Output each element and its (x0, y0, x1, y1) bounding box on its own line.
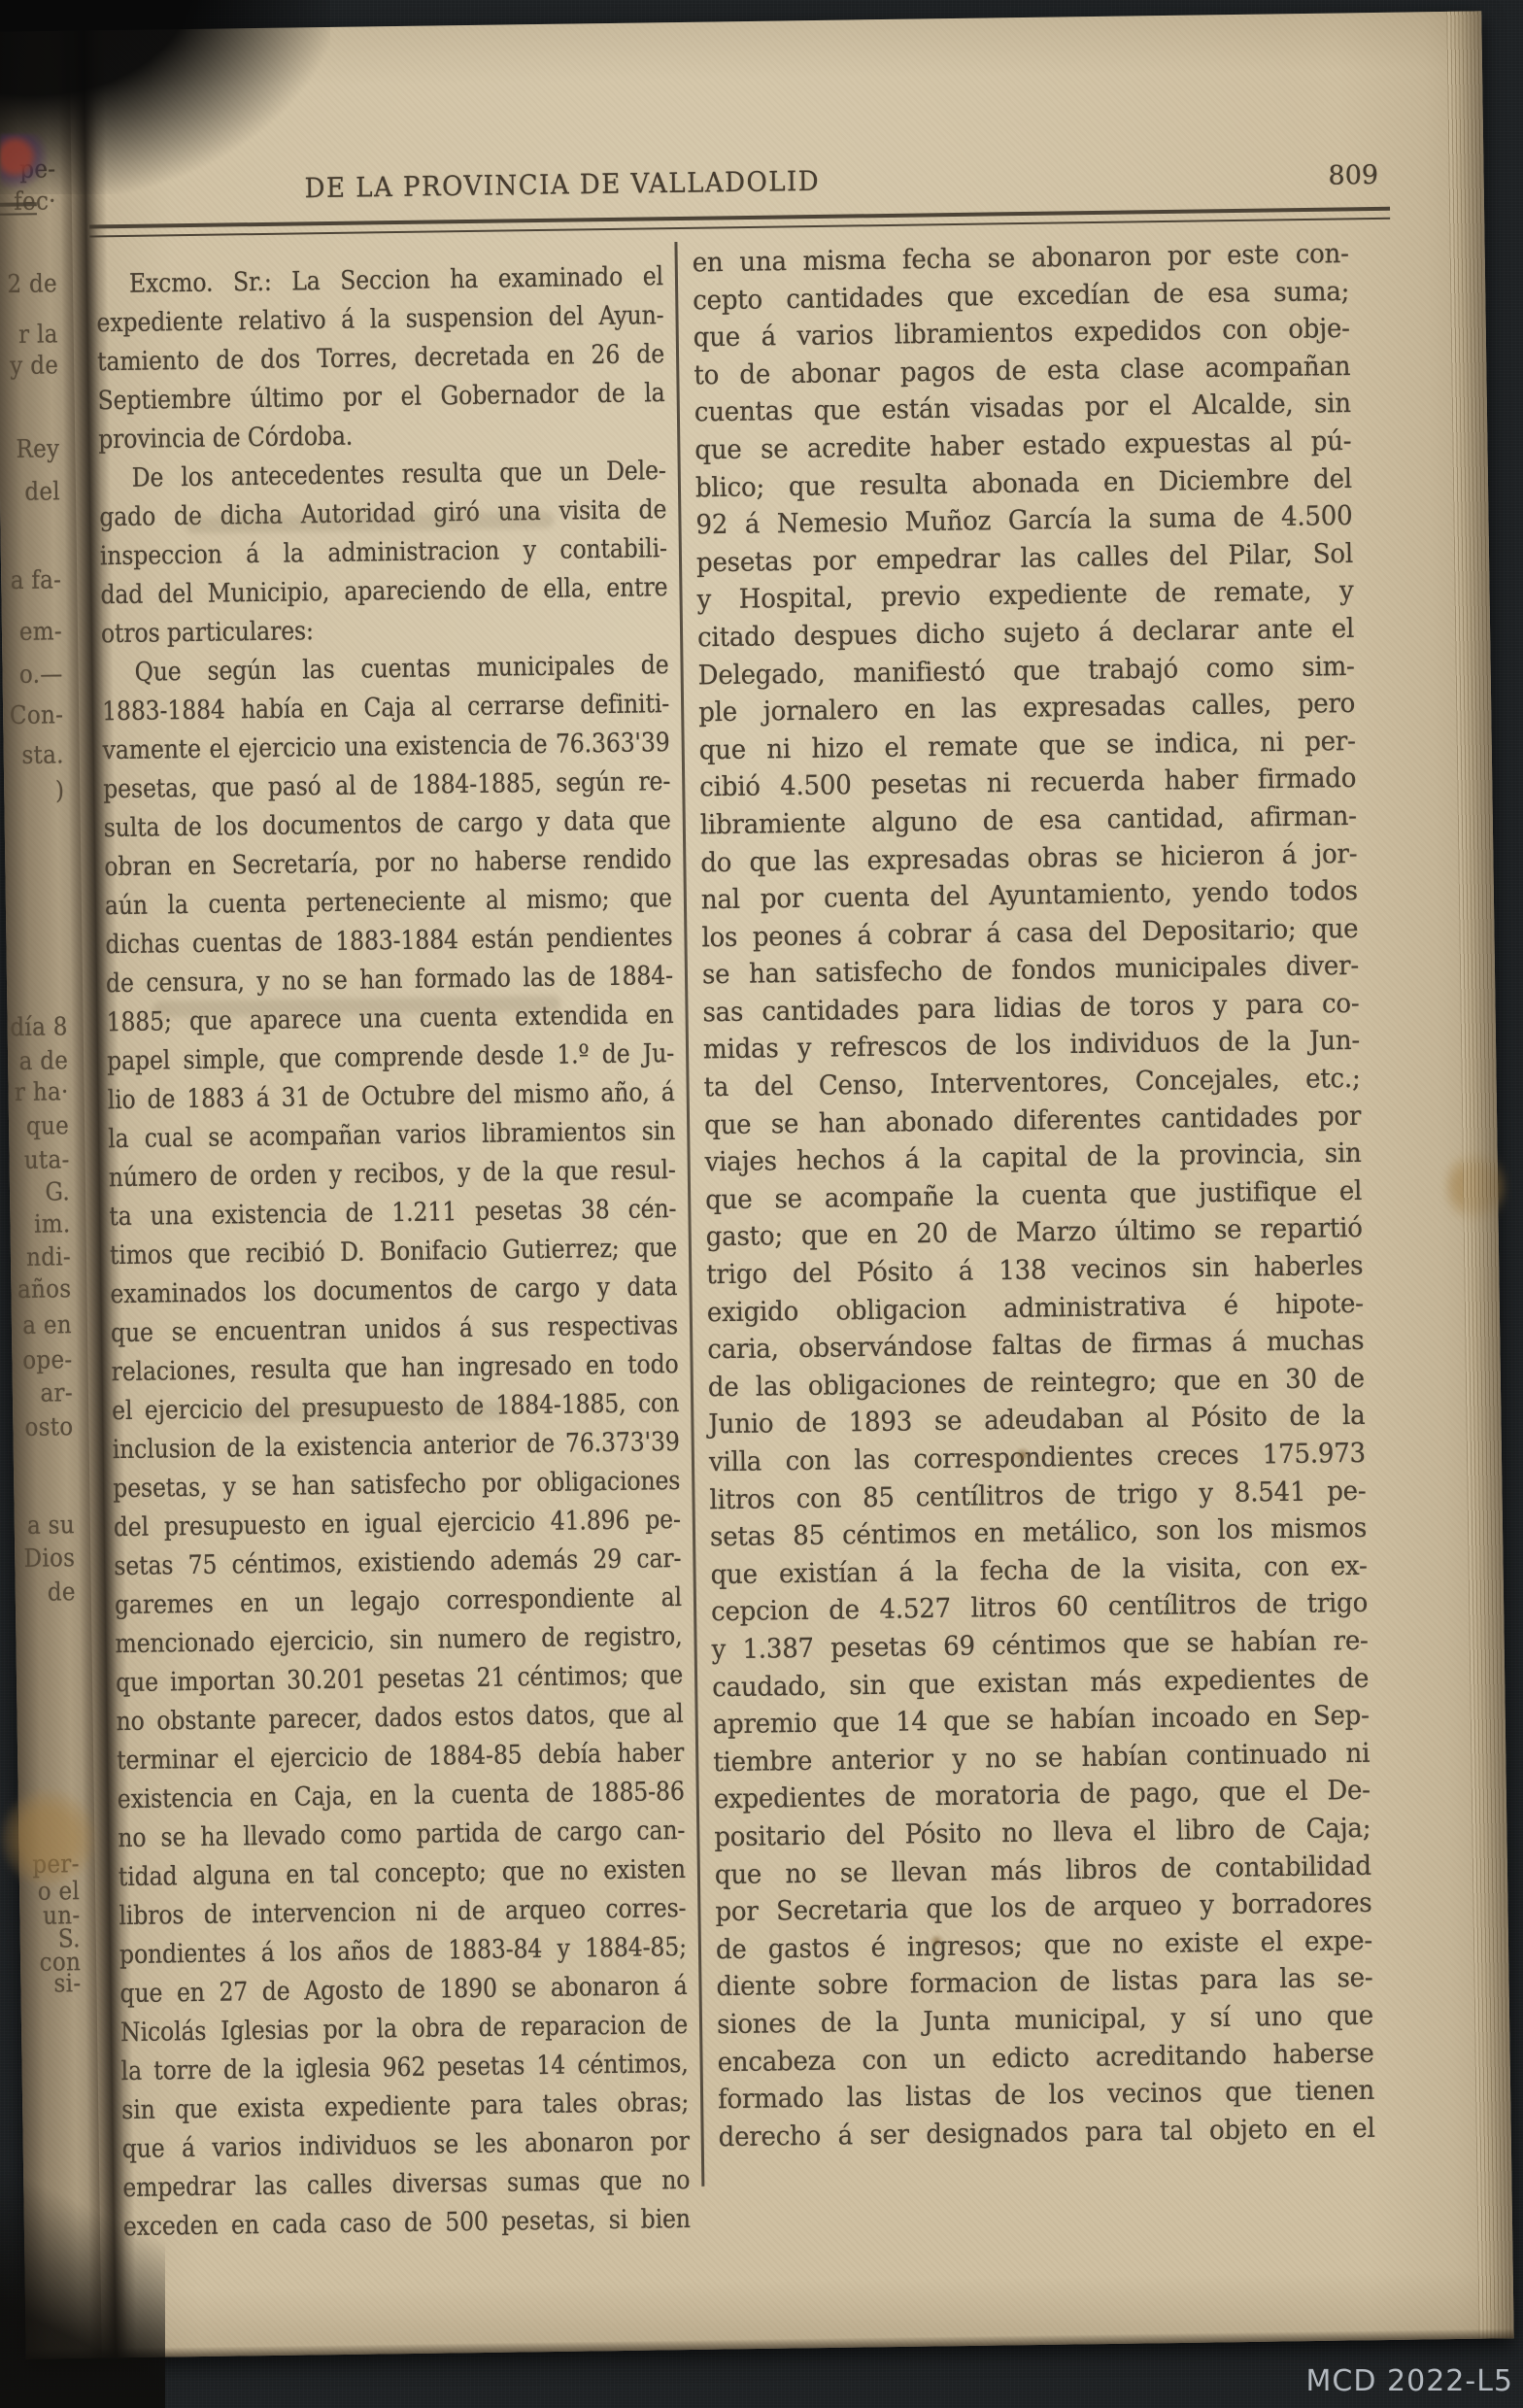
page-number: 809 (1328, 160, 1378, 191)
margin-text-fragment: ndi- (26, 1243, 71, 1272)
margin-text-fragment: ope- (22, 1346, 73, 1375)
margin-text-fragment: 2 de (7, 270, 57, 299)
running-header-title: DE LA PROVINCIA DE VALLADOLID (304, 166, 820, 205)
margin-text-fragment: a su (27, 1511, 75, 1541)
page-bottom-edge (26, 2328, 1514, 2358)
margin-text-fragment: Rey (16, 435, 59, 464)
watermark: MCD 2022-L5 (1306, 2364, 1513, 2398)
right-text-column: en una misma fecha se abonaron por este … (692, 234, 1374, 2155)
margin-text-fragment: r ha· (15, 1078, 69, 1107)
margin-text-fragment: Con- (10, 701, 64, 730)
margin-text-fragment: G. (45, 1178, 70, 1206)
bottom-left-shadow (0, 2117, 165, 2408)
margin-text-fragment: si- (53, 1970, 81, 1999)
margin-text-fragment: del (24, 478, 60, 507)
margin-text-fragment: a en (22, 1311, 72, 1340)
margin-text-fragment: ) (55, 777, 65, 805)
margin-text-fragment: em- (19, 618, 62, 647)
margin-text-fragment: que (26, 1112, 69, 1141)
margin-text-fragment: a fa- (11, 566, 62, 595)
margin-text-fragment: y de (10, 352, 58, 381)
margin-text-fragment: a de (18, 1047, 68, 1076)
header-double-rule (89, 207, 1390, 238)
margin-text-fragment: día 8 (10, 1013, 68, 1042)
margin-text-fragment: uta- (24, 1146, 70, 1175)
text-line: exceden en cada caso de 500 pesetas, si … (123, 2196, 692, 2249)
margin-text-fragment: de (48, 1578, 76, 1608)
margin-text-fragment: osto (24, 1413, 73, 1442)
book-scan-scene: pe-fec·2 der lay deReydela fa-em-o.—Con-… (0, 0, 1523, 2408)
margin-text-fragment: o.— (19, 661, 63, 690)
margin-text-fragment: sta. (21, 741, 64, 770)
margin-text-fragment: años (17, 1275, 72, 1305)
previous-page-rule-fragment (0, 202, 37, 216)
margin-text-fragment: Dios (23, 1544, 75, 1574)
margin-text-fragment: im. (34, 1210, 71, 1239)
page-content: pe-fec·2 der lay deReydela fa-em-o.—Con-… (0, 11, 1514, 2358)
margin-text-fragment: ar- (40, 1379, 73, 1408)
document-page: pe-fec·2 der lay deReydela fa-em-o.—Con-… (0, 11, 1514, 2358)
left-text-column: Excmo. Sr.: La Seccion ha examinado elex… (96, 254, 691, 2243)
text-line: derecho á ser designados para tal objeto… (718, 2109, 1375, 2157)
margin-text-fragment: r la (18, 321, 58, 350)
marbled-edge-speck (0, 134, 51, 190)
